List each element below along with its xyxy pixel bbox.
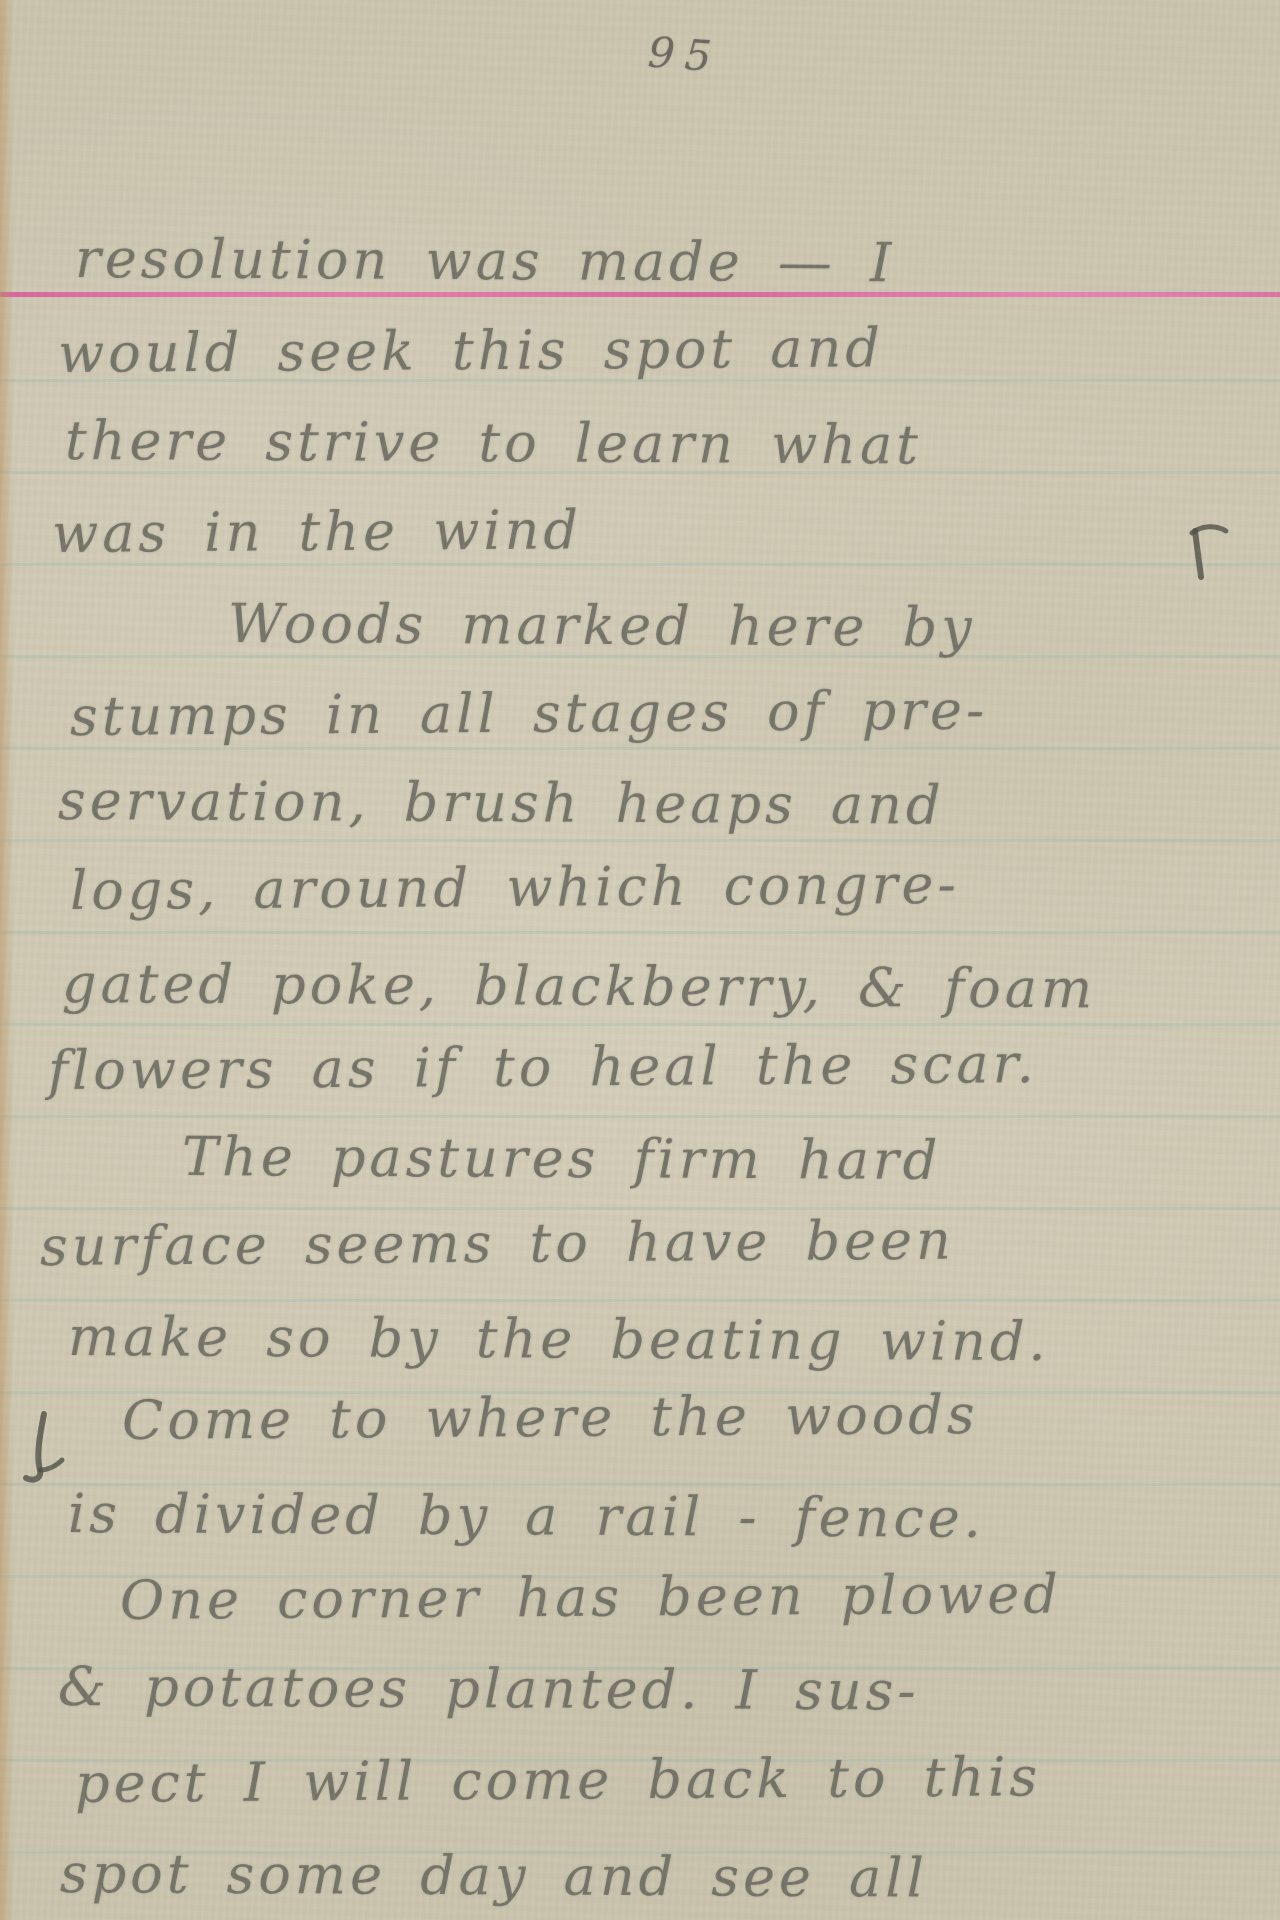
- handwritten-line: gated poke, blackberry, & foam: [62, 952, 1097, 1020]
- handwritten-line: make so by the beating wind.: [68, 1305, 1050, 1373]
- handwritten-line: is divided by a rail - fence.: [68, 1482, 985, 1550]
- handwritten-line: flowers as if to heal the scar.: [48, 1032, 1038, 1102]
- caret-mark: [1178, 515, 1238, 585]
- handwritten-line: The pastures firm hard: [182, 1125, 942, 1192]
- handwritten-line: Come to where the woods: [122, 1383, 979, 1452]
- check-mark: [10, 1408, 70, 1488]
- scan-edge-shadow: [0, 0, 14, 1920]
- handwritten-line: there strive to learn what: [65, 409, 922, 476]
- page-number: 95: [646, 27, 723, 81]
- handwritten-line: One corner has been plowed: [120, 1562, 1062, 1632]
- handwritten-line: logs, around which congre-: [70, 853, 960, 922]
- handwritten-line: surface seems to have been: [40, 1209, 955, 1278]
- handwritten-line: stumps in all stages of pre-: [70, 679, 989, 748]
- handwritten-line: would seek this spot and: [58, 316, 884, 385]
- handwritten-line: servation, brush heaps and: [58, 769, 945, 837]
- handwritten-line: Woods marked here by: [228, 592, 976, 659]
- journal-page-scan: 95 resolution was made — I would seek th…: [0, 0, 1280, 1920]
- handwritten-line: & potatoes planted. I sus-: [58, 1655, 920, 1723]
- handwritten-line: was in the wind: [52, 498, 582, 565]
- handwritten-line: pect I will come back to this: [75, 1745, 1042, 1815]
- handwritten-line: resolution was made — I: [75, 227, 896, 294]
- handwritten-line: spot some day and see all: [60, 1842, 928, 1910]
